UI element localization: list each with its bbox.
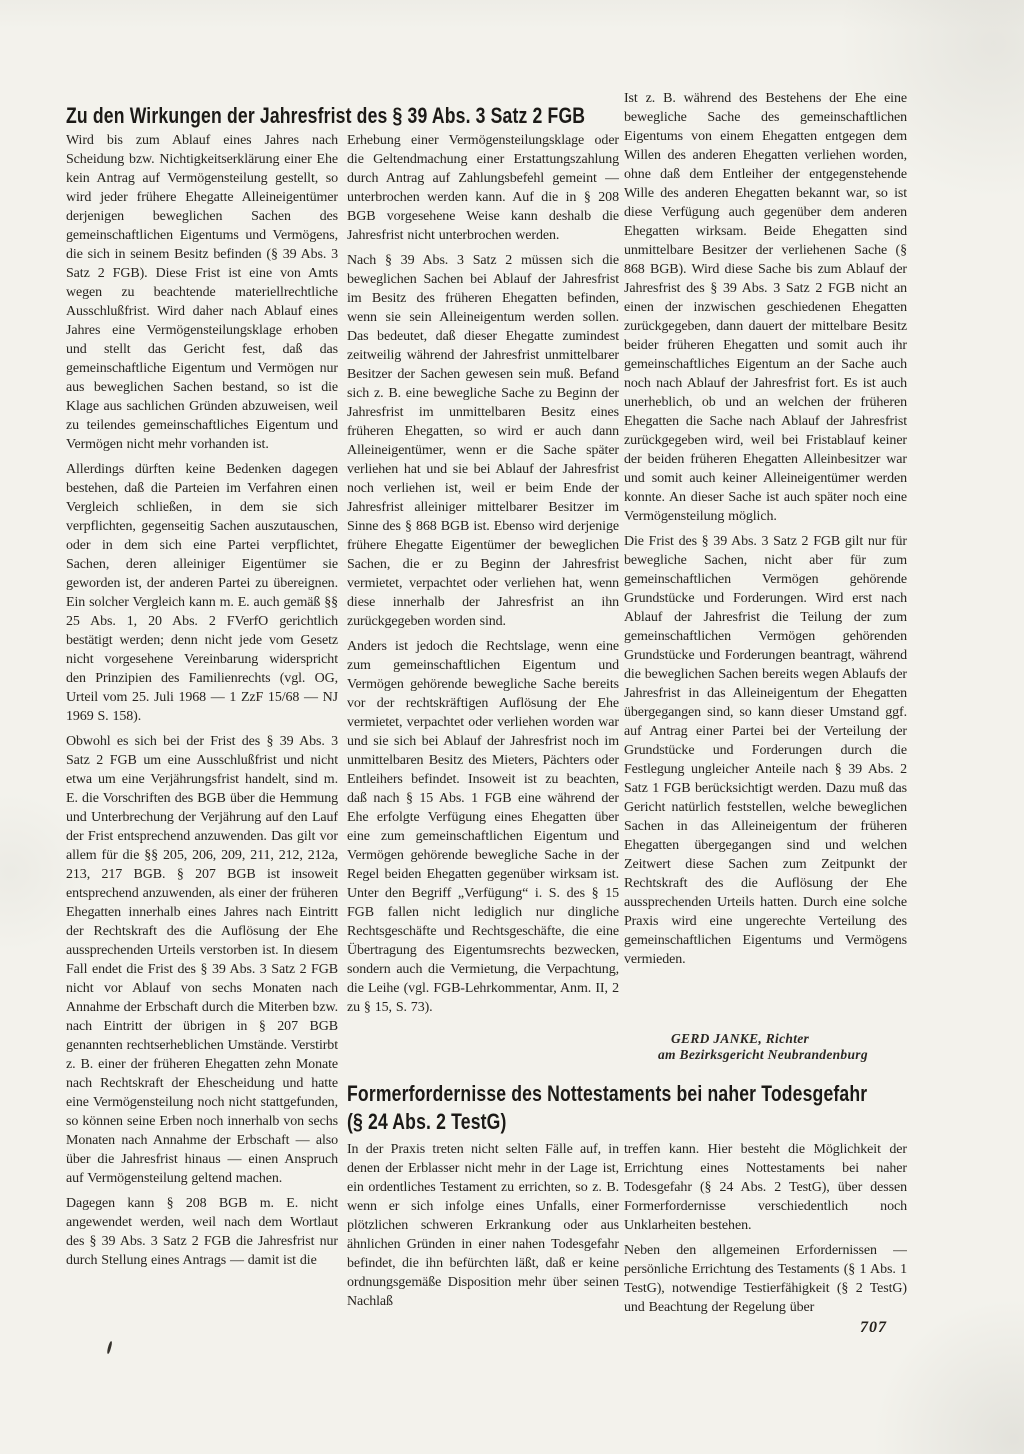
article1-author-signature: GERD JANKE, Richter am Bezirksgericht Ne…: [658, 1031, 868, 1063]
author-affiliation: am Bezirksgericht Neubrandenburg: [658, 1047, 868, 1063]
paragraph: Neben den allgemeinen Erfordernissen — p…: [624, 1241, 907, 1317]
paragraph: Obwohl es sich bei der Frist des § 39 Ab…: [66, 732, 338, 1188]
article2-column-2: treffen kann. Hier besteht die Möglichke…: [624, 1140, 907, 1322]
article2-title-line1: Formerfordernisse des Nottestaments bei …: [347, 1080, 867, 1108]
article1-title: Zu den Wirkungen der Jahresfrist des § 3…: [66, 103, 585, 129]
paragraph: Die Frist des § 39 Abs. 3 Satz 2 FGB gil…: [624, 532, 907, 969]
paragraph: Dagegen kann § 208 BGB m. E. nicht angew…: [66, 1194, 338, 1270]
paragraph: Anders ist jedoch die Rechtslage, wenn e…: [347, 637, 619, 1017]
paragraph: Nach § 39 Abs. 3 Satz 2 müssen sich die …: [347, 251, 619, 631]
paragraph: Allerdings dürften keine Bedenken dagege…: [66, 460, 338, 726]
article2-column-1: In der Praxis treten nicht selten Fälle …: [347, 1140, 619, 1322]
article2-title-line2: (§ 24 Abs. 2 TestG): [347, 1108, 867, 1136]
article1-column-3: Ist z. B. während des Bestehens der Ehe …: [624, 89, 907, 1023]
paragraph: Erhebung einer Vermögensteilungsklage od…: [347, 131, 619, 245]
article1-column-1: Wird bis zum Ablauf eines Jahres nach Sc…: [66, 131, 338, 1317]
author-name: GERD JANKE, Richter: [658, 1031, 868, 1047]
paragraph: treffen kann. Hier besteht die Möglichke…: [624, 1140, 907, 1235]
ink-speck: [106, 1341, 112, 1354]
page-number: 707: [860, 1319, 887, 1337]
paragraph: Wird bis zum Ablauf eines Jahres nach Sc…: [66, 131, 338, 454]
journal-page: Zu den Wirkungen der Jahresfrist des § 3…: [0, 0, 1024, 1454]
paragraph: In der Praxis treten nicht selten Fälle …: [347, 1140, 619, 1311]
paragraph: Ist z. B. während des Bestehens der Ehe …: [624, 89, 907, 526]
article2-title: Formerfordernisse des Nottestaments bei …: [347, 1080, 867, 1136]
article1-column-2: Erhebung einer Vermögensteilungsklage od…: [347, 131, 619, 1073]
